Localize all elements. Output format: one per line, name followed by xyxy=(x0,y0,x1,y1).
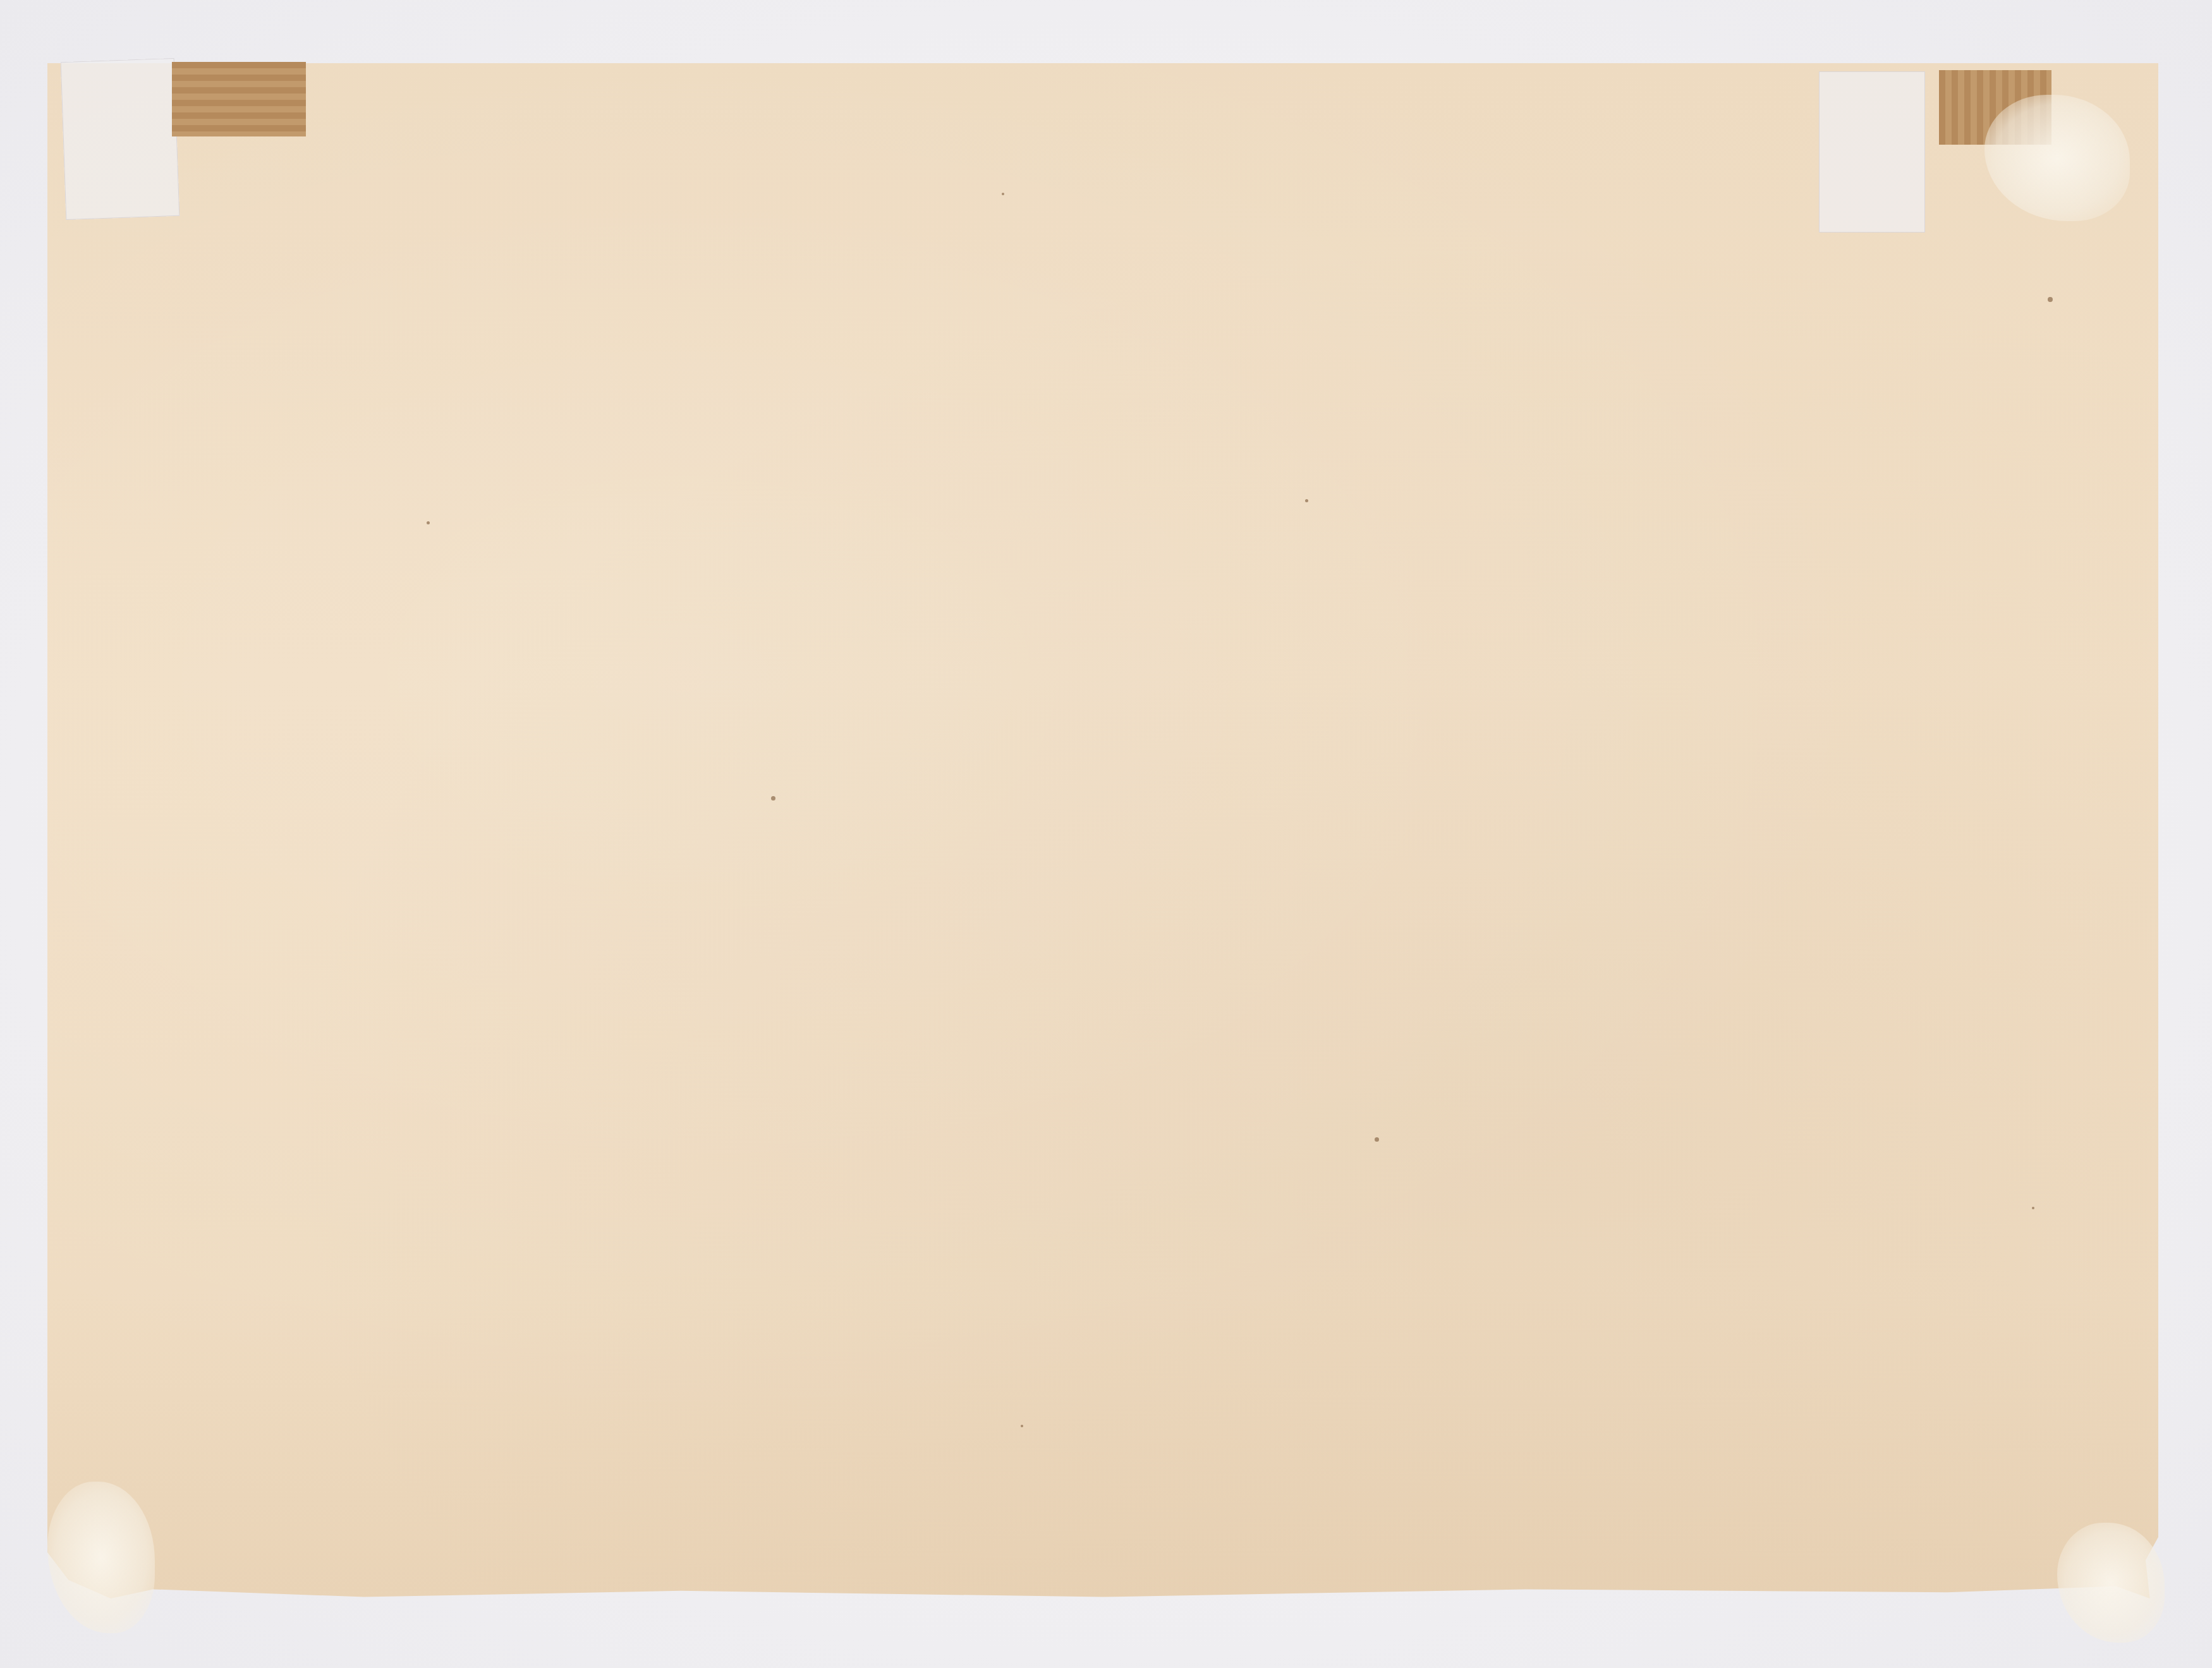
foxing-speck xyxy=(427,521,430,524)
paper-sheet xyxy=(47,63,2158,1598)
clear-tape-top-left xyxy=(61,58,180,220)
clear-tape-top-right xyxy=(1819,71,1925,233)
brown-tape-top-left xyxy=(172,62,306,136)
foxing-speck xyxy=(771,796,775,801)
foxing-speck xyxy=(1375,1137,1379,1142)
foxing-speck xyxy=(2048,297,2053,302)
foxing-speck xyxy=(1021,1425,1023,1427)
foxing-speck xyxy=(1305,499,1308,502)
foxing-speck xyxy=(1002,193,1004,195)
foxing-speck xyxy=(2032,1207,2034,1209)
